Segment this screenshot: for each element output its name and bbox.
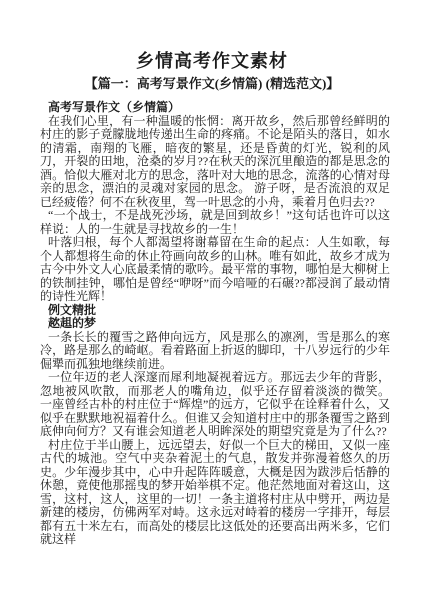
paragraph: 村庄位于半山腰上，远远望去，好似一个巨大的梯田，又似一座古代的城池。空气中夹杂着…: [40, 439, 390, 547]
document-page: 乡情高考作文素材 【篇一：高考写景作文(乡情篇) (精选范文)】 高考写景作文（…: [0, 0, 424, 600]
paragraph: 在我们心里，有一种温暖的怅惘：离开故乡，然后那曾经鲜明的村庄的影子竟朦胧地传递出…: [40, 115, 390, 210]
paragraph: 一条长长的覆雪之路伸向远方，风是那么的凛冽，雪是那么的寒冷，路是那么的崎岖。看着…: [40, 331, 390, 372]
heading-paragraph: 例文精批: [40, 304, 390, 318]
paragraph: “一个战士，不是战死沙场，就是回到故乡！”这句话也许可以这样说：人的一生就是寻找…: [40, 209, 390, 236]
document-subtitle: 【篇一：高考写景作文(乡情篇) (精选范文)】: [0, 76, 424, 92]
document-body: 高考写景作文（乡情篇）在我们心里，有一种温暖的怅惘：离开故乡，然后那曾经鲜明的村…: [40, 101, 390, 547]
document-title: 乡情高考作文素材: [0, 0, 424, 73]
heading-paragraph: 趑趄的梦: [40, 317, 390, 331]
paragraph: 叶落归根，每个人都渴望将谢幕留在生命的起点：人生如歌，每个人都想将生命的休止符画…: [40, 236, 390, 304]
paragraph: 一位年迈的老人深邃而犀利地凝视着远方。那远去少年的背影，忽地被风吹散，而那老人的…: [40, 371, 390, 439]
heading-paragraph: 高考写景作文（乡情篇）: [40, 101, 390, 115]
